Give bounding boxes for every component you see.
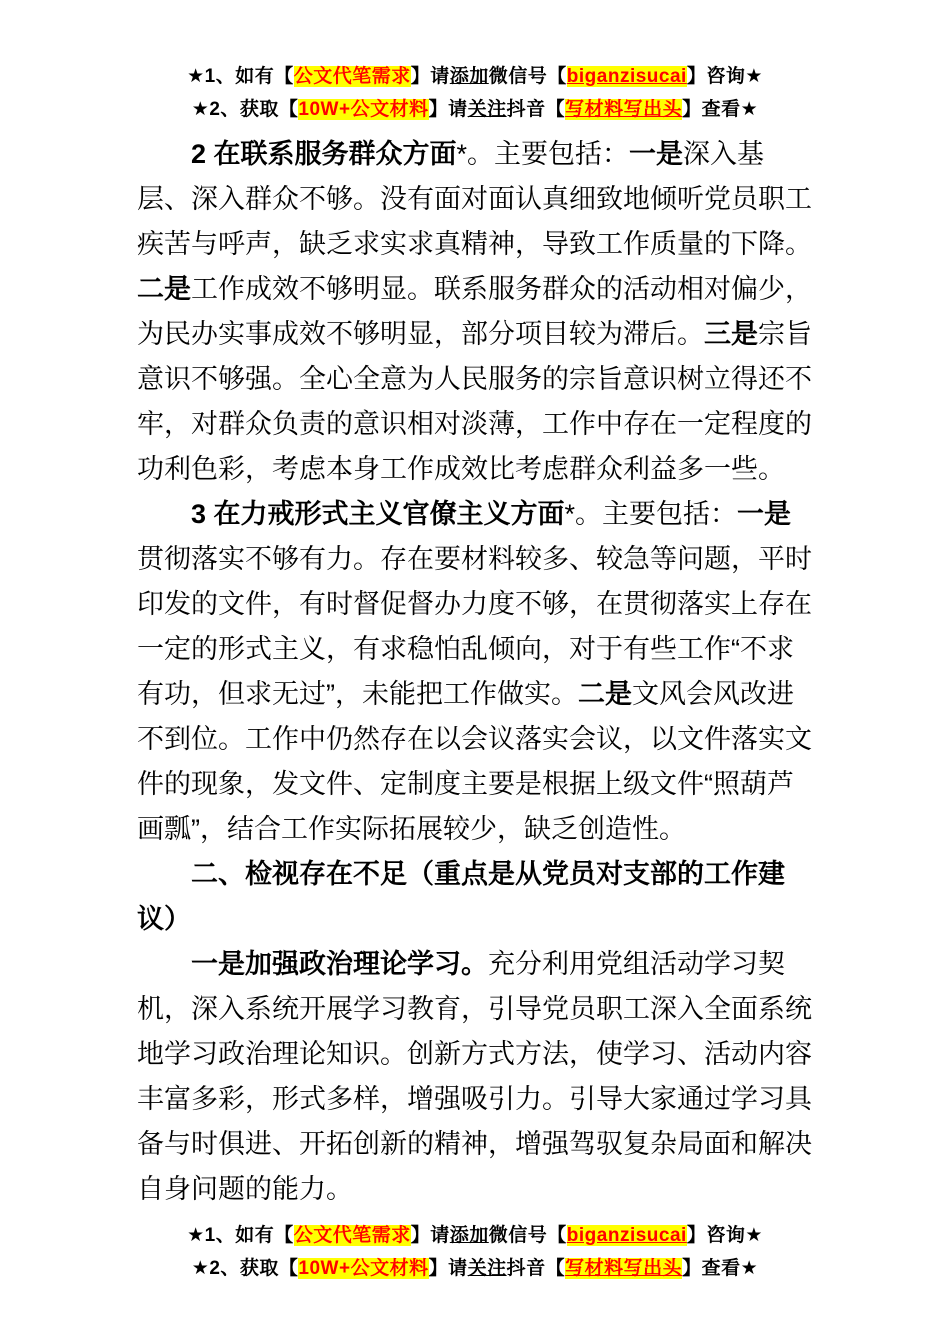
notice-text: ★1、如有【 [187,66,294,87]
header-notice: ★1、如有【公文代笔需求】请添加微信号【biganzisucai】咨询★ ★2、… [0,0,950,126]
paragraph-contact-masses: 2 在联系服务群众方面*。主要包括：一是深入基层、深入群众不够。没有面对面认真细… [137,132,813,492]
paragraph-lead-bold: 2 在联系服务群众方面 [191,139,457,169]
list-marker-third: 三是 [704,319,758,349]
section-heading-shortcomings: 二、检视存在不足（重点是从党员对支部的工作建议） [137,852,813,942]
notice-douyin-id: 写材料写出头 [565,99,682,120]
list-marker-first: 一是 [629,139,683,169]
notice-text: ★2、获取【 [192,1258,299,1279]
notice-text: 】查看★ [682,99,758,120]
notice-wechat-id: biganzisucai [567,66,687,87]
notice-text: 抖音【 [507,99,566,120]
paragraph-lead-bold: 3 在力戒形式主义官僚主义方面 [191,499,565,529]
notice-text: 微信号【 [489,66,567,87]
list-marker-second: 二是 [578,679,632,709]
paragraph-text: *。主要包括： [457,139,630,169]
notice-underline-follow: 关注 [468,1258,507,1279]
notice-highlight-material: 10W+公文材料 [298,1258,428,1279]
paragraph-lead-bold: 一是加强政治理论学习。 [191,949,488,979]
notice-text: 】请 [429,99,468,120]
document-page: ★1、如有【公文代笔需求】请添加微信号【biganzisucai】咨询★ ★2、… [0,0,950,1344]
footer-notice: ★1、如有【公文代笔需求】请添加微信号【biganzisucai】咨询★ ★2、… [0,1212,950,1285]
notice-highlight-material: 10W+公文材料 [298,99,428,120]
notice-highlight-service: 公文代笔需求 [294,66,411,87]
list-marker-second: 二是 [137,274,191,304]
notice-text: 】查看★ [682,1258,758,1279]
notice-wechat-id: biganzisucai [567,1225,687,1246]
notice-text: ★1、如有【 [187,1225,294,1246]
notice-underline-follow: 关注 [468,99,507,120]
paragraph-formalism-bureaucracy: 3 在力戒形式主义官僚主义方面*。主要包括：一是贯彻落实不够有力。存在要材料较多… [137,492,813,852]
paragraph-strengthen-theory-study: 一是加强政治理论学习。充分利用党组活动学习契机，深入系统开展学习教育，引导党员职… [137,942,813,1212]
notice-underline-add: 添加 [450,1225,489,1246]
notice-text: 】请 [411,66,450,87]
notice-text: 抖音【 [507,1258,566,1279]
footer-notice-line1: ★1、如有【公文代笔需求】请添加微信号【biganzisucai】咨询★ [0,1219,950,1252]
footer-notice-line2: ★2、获取【10W+公文材料】请关注抖音【写材料写出头】查看★ [0,1252,950,1285]
paragraph-text: *。主要包括： [565,499,738,529]
list-marker-first: 一是 [737,499,791,529]
notice-underline-add: 添加 [450,66,489,87]
notice-highlight-service: 公文代笔需求 [294,1225,411,1246]
notice-text: 】请 [429,1258,468,1279]
header-notice-line1: ★1、如有【公文代笔需求】请添加微信号【biganzisucai】咨询★ [0,60,950,93]
notice-text: 】咨询★ [687,66,763,87]
notice-text: 微信号【 [489,1225,567,1246]
paragraph-text: 充分利用党组活动学习契机，深入系统开展学习教育，引导党员职工深入全面系统地学习政… [137,949,812,1204]
notice-text: 】请 [411,1225,450,1246]
notice-douyin-id: 写材料写出头 [565,1258,682,1279]
document-body: 2 在联系服务群众方面*。主要包括：一是深入基层、深入群众不够。没有面对面认真细… [137,132,813,1212]
notice-text: ★2、获取【 [192,99,299,120]
notice-text: 】咨询★ [687,1225,763,1246]
header-notice-line2: ★2、获取【10W+公文材料】请关注抖音【写材料写出头】查看★ [0,93,950,126]
